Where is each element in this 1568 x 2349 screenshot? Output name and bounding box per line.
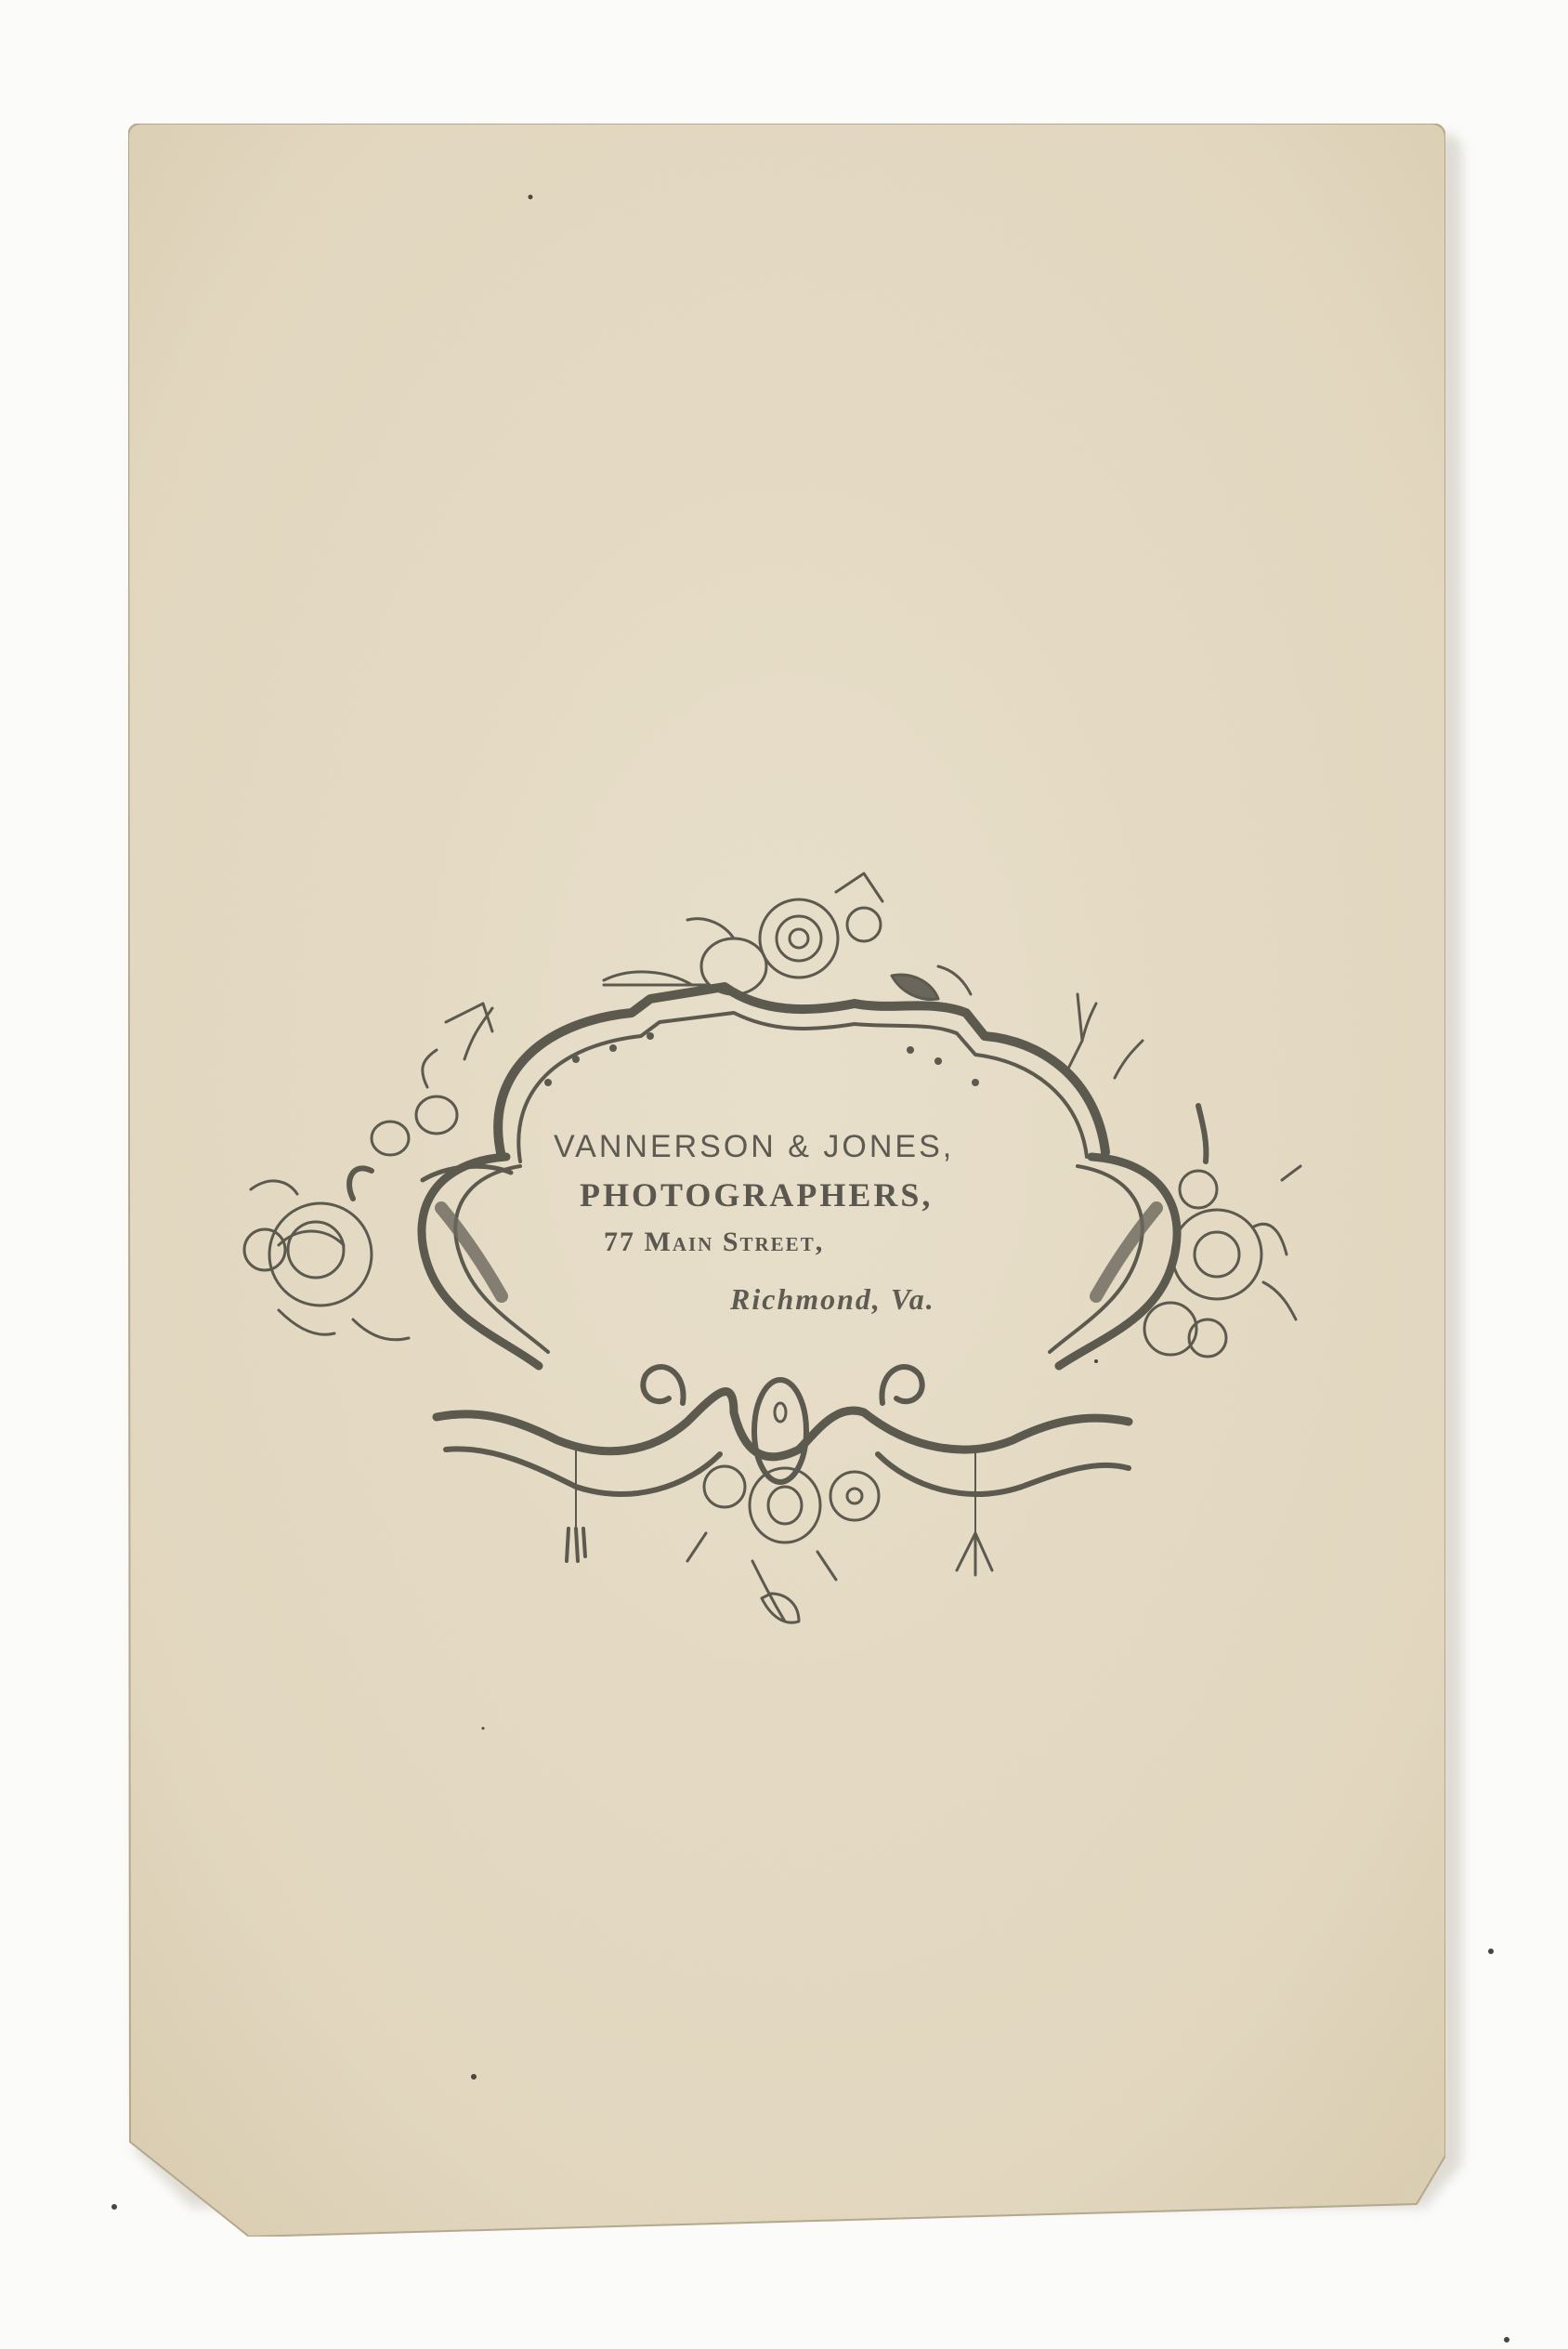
profession: PHOTOGRAPHERS, [580,1175,933,1214]
firm-name: VANNERSON & JONES, [554,1129,954,1165]
city: Richmond, Va. [730,1282,935,1317]
street-address: 77 Main Street, [604,1227,824,1258]
card-back [0,0,1568,2349]
